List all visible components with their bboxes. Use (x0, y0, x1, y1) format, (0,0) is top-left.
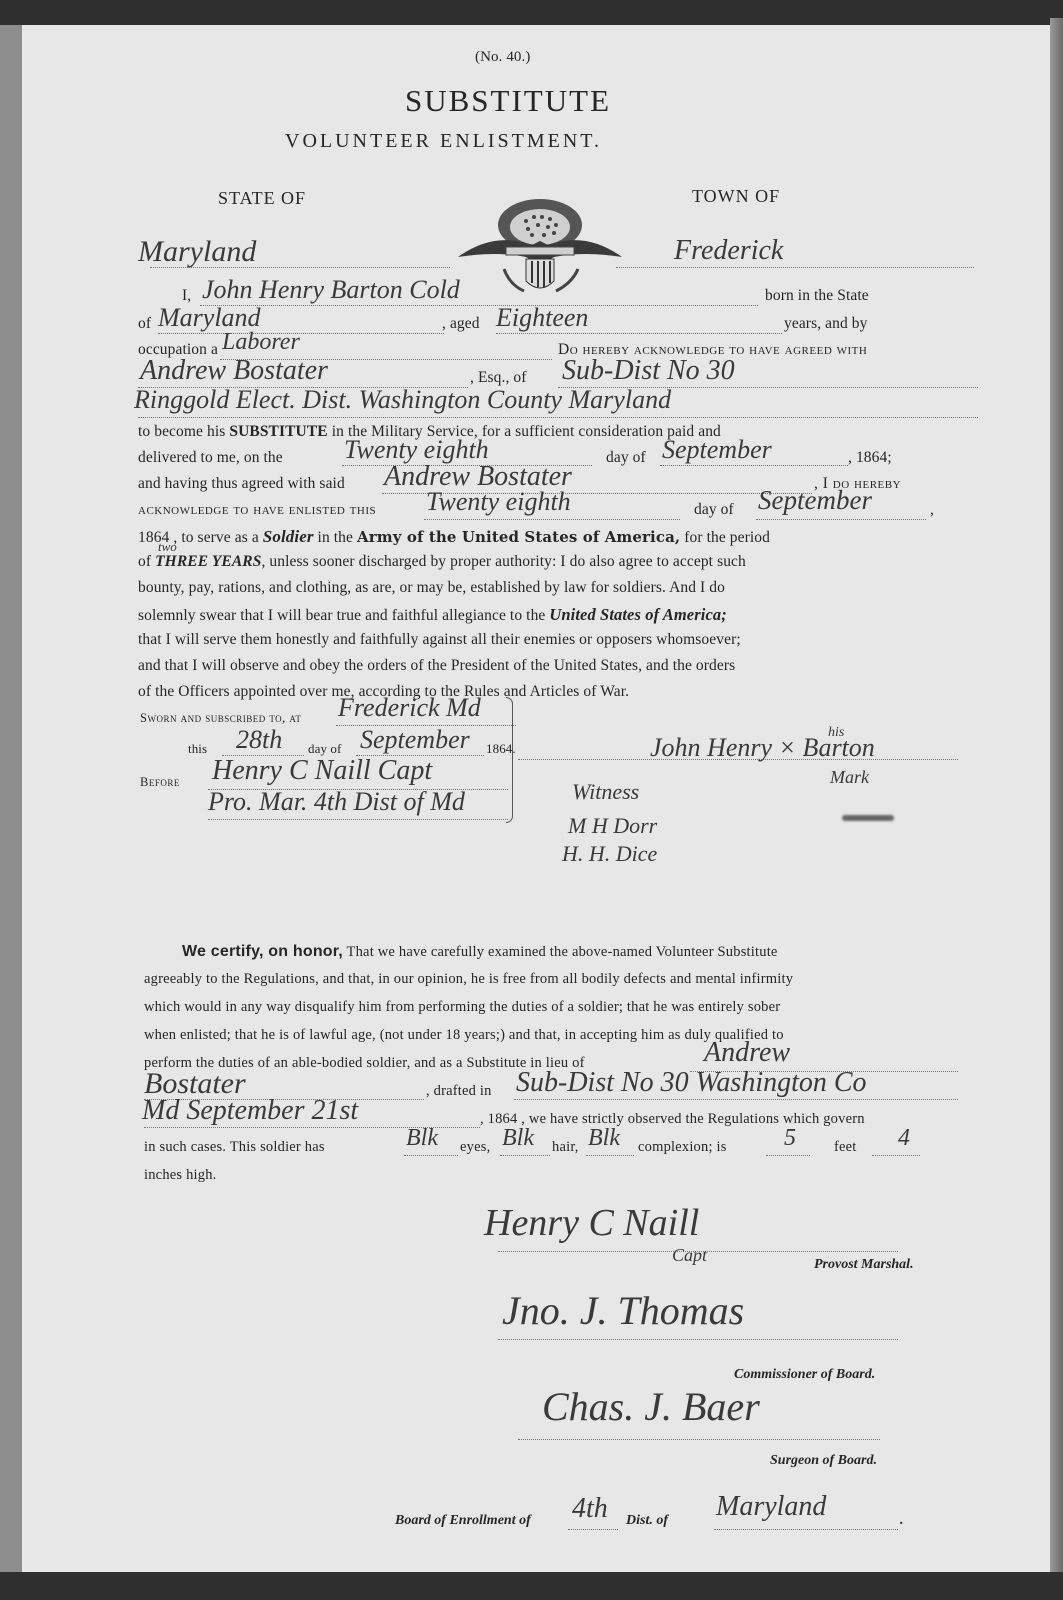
height-inches: 4 (898, 1125, 910, 1152)
drafted-in-line (514, 1099, 958, 1100)
text: of (138, 553, 151, 570)
label-hair: hair, (552, 1139, 579, 1156)
inches-line (872, 1155, 920, 1156)
enlisted-month: September (758, 485, 872, 516)
complexion-line (586, 1155, 634, 1156)
enlisted-month-line (756, 519, 926, 520)
drafted-in: Sub-Dist No 30 Washington Co (516, 1067, 867, 1099)
board-district-line (568, 1529, 618, 1530)
serve-line: 1864 , to serve as a Soldier in the Army… (138, 527, 770, 547)
delivered-month: September (662, 435, 772, 465)
principal-location-line (138, 417, 978, 418)
document-page: (No. 40.) SUBSTITUTE VOLUNTEER ENLISTMEN… (22, 25, 1050, 1572)
label-ack-enlisted: acknowledge to have enlisted this (138, 501, 376, 519)
label-aged: , aged (442, 315, 480, 333)
cert-line-7: , 1864 , we have strictly observed the R… (480, 1111, 865, 1128)
born-state-line (158, 333, 444, 334)
occupation: Laborer (222, 329, 300, 356)
principal-district: Sub-Dist No 30 (562, 355, 735, 387)
eyes-line (404, 1155, 458, 1156)
sworn-day: 28th (236, 725, 282, 755)
enlistment-period: THREE YEARS (155, 553, 261, 570)
label-agreed: and having thus agreed with said (138, 475, 345, 493)
drafted-date: Md September 21st (142, 1095, 358, 1127)
label-drafted: , drafted in (426, 1083, 492, 1100)
cert-lead: We certify, on honor, (182, 943, 343, 960)
eagle-emblem-icon (454, 195, 626, 301)
oath-line-5: and that I will observe and obey the ord… (138, 657, 735, 675)
text: in the (318, 529, 353, 546)
witness-2: H. H. Dice (562, 841, 657, 867)
cert-line-2: agreeably to the Regulations, and that, … (144, 971, 793, 988)
provost-marshal-title: Provost Marshal. (814, 1257, 914, 1273)
in-lieu-of-1: Andrew (704, 1037, 790, 1069)
mark-label: Mark (830, 767, 869, 788)
board-period: . (900, 1513, 904, 1529)
text: That we have carefully examined the abov… (347, 944, 778, 960)
board-state-line (714, 1529, 898, 1530)
enlisted-day: Twenty eighth (426, 487, 571, 517)
hair-value: Blk (502, 1125, 534, 1152)
complexion-value: Blk (588, 1125, 620, 1152)
provost-signature: Henry C Naill (484, 1201, 699, 1245)
cert-line-1: We certify, on honor, That we have caref… (182, 943, 778, 961)
soldier-word: Soldier (263, 527, 314, 546)
label-of: of (138, 315, 151, 333)
town-label: TOWN OF (692, 186, 780, 207)
oath-line-2: bounty, pay, rations, and clothing, as a… (138, 579, 725, 597)
label-inches-high: inches high. (144, 1167, 216, 1184)
town-value: Frederick (674, 235, 783, 267)
witness-label: Witness (572, 779, 639, 805)
eyes-value: Blk (406, 1125, 438, 1152)
scan-right-edge (1050, 18, 1063, 1572)
form-subtitle: VOLUNTEER ENLISTMENT. (285, 130, 602, 153)
feet-line (766, 1155, 810, 1156)
substitute-word: SUBSTITUTE (229, 423, 327, 440)
board-label: Board of Enrollment of (395, 1513, 531, 1529)
period-line: of THREE YEARS, unless sooner discharged… (138, 553, 746, 571)
board-district: 4th (572, 1493, 608, 1525)
label-delivered: delivered to me, on the (138, 449, 283, 467)
recruit-age: Eighteen (496, 303, 588, 333)
state-label: STATE OF (218, 188, 306, 209)
sworn-month: September (360, 725, 470, 755)
cert-line-4: when enlisted; that he is of lawful age,… (144, 1027, 784, 1044)
form-title: SUBSTITUTE (405, 83, 611, 119)
surgeon-title: Surgeon of Board. (770, 1453, 877, 1469)
state-value: Maryland (138, 235, 256, 269)
cert-line-3: which would in any way disqualify him fr… (144, 999, 780, 1016)
height-feet: 5 (784, 1125, 796, 1152)
board-dist-label: Dist. of (626, 1513, 668, 1529)
label-sworn: Sworn and subscribed to, at (140, 711, 301, 726)
witness-1: M H Dorr (568, 813, 657, 839)
label-years: years, and by (784, 315, 868, 333)
name-field-line (200, 305, 758, 306)
united-states-words: United States of America; (549, 605, 726, 624)
label-day-of-2: day of (694, 501, 734, 519)
age-line (496, 333, 782, 334)
text: , unless sooner discharged by proper aut… (261, 553, 745, 570)
label-day-of: day of (606, 449, 646, 467)
text: to become his (138, 423, 225, 440)
cert-line-8: in such cases. This soldier has (144, 1139, 325, 1156)
oath-line-3: solemnly swear that I will bear true and… (138, 605, 727, 625)
recruit-name: John Henry Barton Cold (202, 275, 460, 305)
state-field-line (150, 267, 450, 268)
principal-location: Ringgold Elect. Dist. Washington County … (134, 385, 671, 415)
text: 1864 , to serve as a (138, 529, 259, 546)
town-field-line (616, 267, 974, 268)
commissioner-signature-line (498, 1339, 898, 1340)
text: solemnly swear that I will bear true and… (138, 607, 545, 624)
oath-brace (506, 697, 513, 823)
commissioner-title: Commissioner of Board. (734, 1367, 875, 1383)
delivered-month-line (660, 465, 848, 466)
label-complexion: complexion; is (638, 1139, 727, 1156)
board-state: Maryland (716, 1491, 826, 1523)
before-officer-title: Pro. Mar. 4th Dist of Md (208, 787, 465, 817)
label-born: born in the State (765, 287, 869, 305)
principal-name: Andrew Bostater (140, 355, 328, 387)
ink-smudge (842, 815, 894, 821)
comma: , (930, 501, 934, 519)
enlisted-day-line (424, 519, 680, 520)
hair-line (500, 1155, 550, 1156)
scan-left-edge (0, 25, 22, 1572)
recruit-signature: John Henry × Barton (650, 733, 875, 763)
before-officer-name: Henry C Naill Capt (212, 755, 432, 787)
form-number: (No. 40.) (475, 49, 530, 66)
commissioner-signature: Jno. J. Thomas (502, 1287, 744, 1334)
label-eyes: eyes, (460, 1139, 490, 1156)
label-this: this (188, 741, 207, 757)
surgeon-signature: Chas. J. Baer (542, 1383, 760, 1430)
label-before: Before (140, 775, 180, 790)
army-words: Army of the United States of America, (357, 528, 680, 546)
text: for the period (684, 529, 770, 546)
sworn-place: Frederick Md (338, 693, 481, 723)
before-officer-title-line (208, 819, 508, 820)
year-1864: , 1864; (848, 449, 892, 467)
oath-line-4: that I will serve them honestly and fait… (138, 631, 741, 649)
label-feet: feet (834, 1139, 857, 1156)
provost-rank: Capt (672, 1245, 707, 1266)
surgeon-signature-line (518, 1439, 880, 1440)
